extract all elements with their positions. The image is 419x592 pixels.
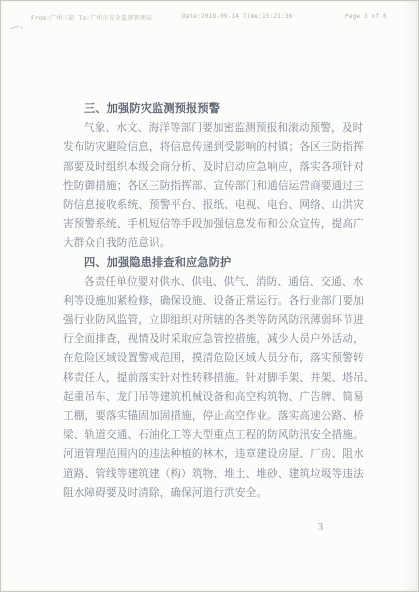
pen-scribble-mark: [8, 19, 19, 29]
fax-page-count: Page 3 of 6: [345, 13, 387, 20]
body-line: 防信息接收系统、预警平台、报纸、电视、电台、网络、山洪灾: [63, 196, 361, 215]
page-number: 3: [318, 522, 323, 533]
body-line: 阻水障碍要及时清除，确保河道行洪安全。: [63, 484, 361, 503]
body-line: 梁、轨道交通、石油化工等大型重点工程的防风防汛安全措施。: [63, 426, 361, 445]
body-line: 性防御措施；各区三防指挥部、宣传部门和通信运营商要通过三: [63, 177, 361, 196]
body-line: 害预警系统、手机短信等手段加强信息发布和公众宣传，提高广: [63, 215, 361, 234]
body-line: 起重吊车、龙门吊等建筑机械设备和高空构筑物、广告牌、简易: [63, 388, 361, 407]
body-line: 各责任单位要对供水、供电、供气、消防、通信、交通、水: [63, 273, 361, 292]
document-body: 三、加强防灾监测预报预警 气象、水文、海洋等部门要加密监测预报和滚动预警，及时 …: [63, 100, 361, 503]
body-line: 气象、水文、海洋等部门要加密监测预报和滚动预警，及时: [63, 119, 361, 138]
body-line: 道路、管线等建筑建（构）筑物、堆土、堆砂、建筑垃圾等违法: [63, 465, 361, 484]
section-3-heading: 三、加强防灾监测预报预警: [63, 100, 361, 119]
scanned-page: From:广州三防 To:广州市安全监督管理局 Date:2018-09-14 …: [0, 0, 419, 592]
fax-header: From:广州三防 To:广州市安全监督管理局 Date:2018-09-14 …: [1, 11, 418, 25]
body-line: 发布防灾避险信息，将信息传递到受影响的村镇；各区三防指挥: [63, 138, 361, 157]
body-line: 工棚，要落实锚固加固措施，停止高空作业。落实高速公路、桥: [63, 407, 361, 426]
body-line: 利等设施加紧检修，确保设施、设备正常运行。各行业部门要加: [63, 292, 361, 311]
body-line: 部要及时组织本级会商分析、及时启动应急响应，落实各项针对: [63, 158, 361, 177]
body-line: 河道管理范围内的违法种植的林木，违章建设房屋、厂房、阻水: [63, 445, 361, 464]
body-line: 强行业防风监管，立即组织对所辖的各类等防风防汛薄弱环节进: [63, 311, 361, 330]
body-line: 大群众自我防范意识。: [63, 234, 361, 253]
body-line: 在危险区域设置警戒范围，摸清危险区域人员分布，落实预警转: [63, 349, 361, 368]
fax-datetime: Date:2018-09-14 Time:15:21:36: [182, 13, 293, 20]
body-line: 移责任人，提前落实针对性转移措施。针对脚手架、井架、塔吊、: [63, 369, 361, 388]
section-4-heading: 四、加强隐患排查和应急防护: [63, 254, 361, 273]
fax-from-to: From:广州三防 To:广州市安全监督管理局: [31, 13, 152, 22]
body-line: 行全面排查，视情及时采取应急管控措施，减少人员户外活动，: [63, 330, 361, 349]
